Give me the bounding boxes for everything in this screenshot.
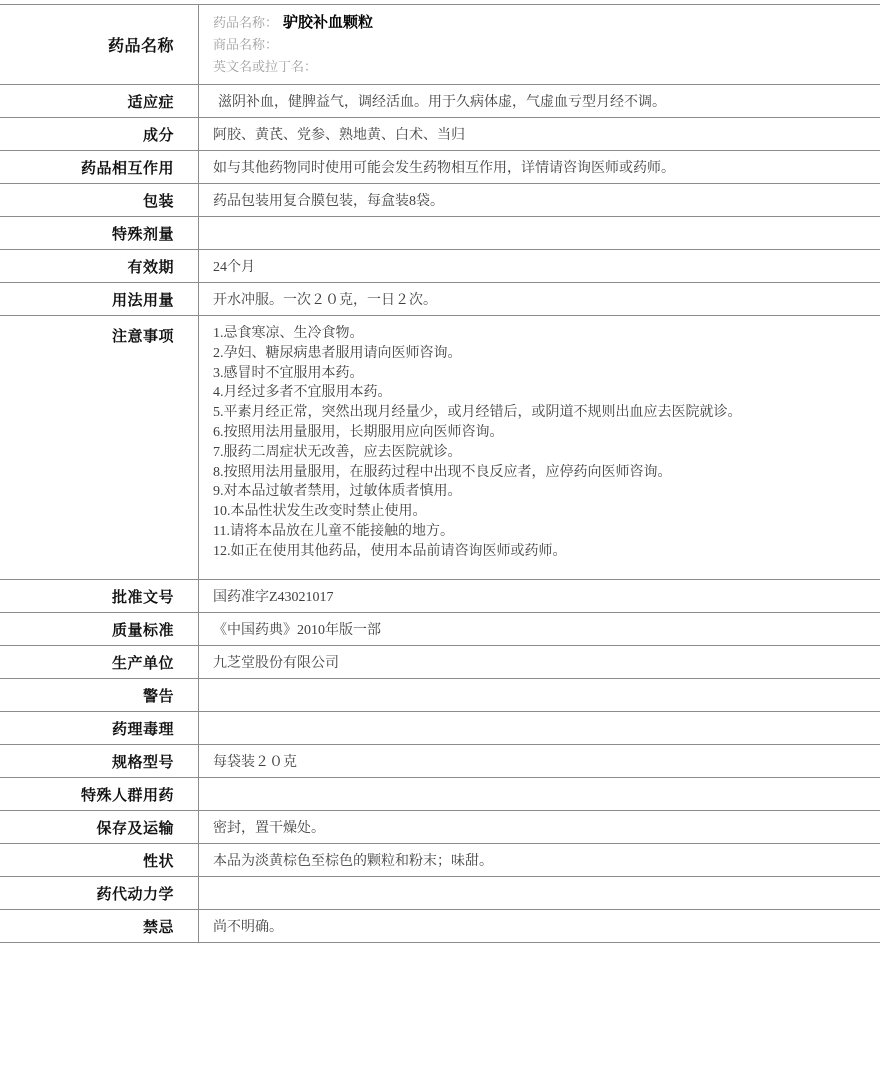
precaution-item: 10.本品性状发生改变时禁止使用。: [213, 502, 880, 522]
row-precautions: 注意事项 1.忌食寒凉、生冷食物。 2.孕妇、糖尿病患者服用请向医师咨询。 3.…: [0, 316, 880, 580]
row-ingredients: 成分 阿胶、黄芪、党参、熟地黄、白术、当归: [0, 118, 880, 151]
row-label: 有效期: [0, 250, 199, 282]
row-value: 本品为淡黄棕色至棕色的颗粒和粉末；味甜。: [199, 844, 880, 876]
row-value: 如与其他药物同时使用可能会发生药物相互作用，详情请咨询医师或药师。: [199, 151, 880, 183]
row-label: 禁忌: [0, 910, 199, 942]
row-packaging: 包装 药品包装用复合膜包装，每盒装8袋。: [0, 184, 880, 217]
precaution-item: 9.对本品过敏者禁用，过敏体质者慎用。: [213, 482, 880, 502]
generic-name-value: 驴胶补血颗粒: [283, 15, 373, 31]
precaution-item: 12.如正在使用其他药品，使用本品前请咨询医师或药师。: [213, 542, 880, 562]
row-pharmacokinetics: 药代动力学: [0, 877, 880, 910]
row-label: 注意事项: [0, 316, 199, 579]
row-storage-transport: 保存及运输 密封，置干燥处。: [0, 811, 880, 844]
row-label: 成分: [0, 118, 199, 150]
row-special-dosage: 特殊剂量: [0, 217, 880, 250]
row-value: [199, 712, 880, 744]
row-value: 开水冲服。一次２０克，一日２次。: [199, 283, 880, 315]
row-value: [199, 679, 880, 711]
row-special-populations: 特殊人群用药: [0, 778, 880, 811]
generic-name-label: 药品名称：: [213, 15, 278, 30]
row-label: 药品名称: [0, 5, 199, 84]
row-dosage-usage: 用法用量 开水冲服。一次２０克，一日２次。: [0, 283, 880, 316]
row-value: 国药准字Z43021017: [199, 580, 880, 612]
row-label: 用法用量: [0, 283, 199, 315]
row-value: 每袋装２０克: [199, 745, 880, 777]
precaution-item: 1.忌食寒凉、生冷食物。: [213, 324, 880, 344]
row-label: 药品相互作用: [0, 151, 199, 183]
generic-name-line: 药品名称：驴胶补血颗粒: [213, 12, 880, 34]
row-value: 滋阴补血，健脾益气，调经活血。用于久病体虚，气虚血亏型月经不调。: [199, 85, 880, 117]
row-label: 包装: [0, 184, 199, 216]
row-contraindications: 禁忌 尚不明确。: [0, 910, 880, 943]
row-value: [199, 778, 880, 810]
row-quality-standard: 质量标准 《中国药典》2010年版一部: [0, 613, 880, 646]
row-label: 性状: [0, 844, 199, 876]
row-indications: 适应症 滋阴补血，健脾益气，调经活血。用于久病体虚，气虚血亏型月经不调。: [0, 85, 880, 118]
row-label: 特殊剂量: [0, 217, 199, 249]
trade-name-label: 商品名称：: [213, 34, 880, 56]
row-warning: 警告: [0, 679, 880, 712]
page: { "colors": { "border": "#8c8c8c", "mute…: [0, 0, 880, 1070]
row-shelf-life: 有效期 24个月: [0, 250, 880, 283]
row-value: 24个月: [199, 250, 880, 282]
precaution-item: 2.孕妇、糖尿病患者服用请向医师咨询。: [213, 344, 880, 364]
row-label: 生产单位: [0, 646, 199, 678]
row-value: 《中国药典》2010年版一部: [199, 613, 880, 645]
row-label: 特殊人群用药: [0, 778, 199, 810]
row-approval-number: 批准文号 国药准字Z43021017: [0, 580, 880, 613]
row-label: 药理毒理: [0, 712, 199, 744]
precaution-item: 6.按照用法用量服用，长期服用应向医师咨询。: [213, 423, 880, 443]
precaution-item: 3.感冒时不宜服用本药。: [213, 364, 880, 384]
row-value: 1.忌食寒凉、生冷食物。 2.孕妇、糖尿病患者服用请向医师咨询。 3.感冒时不宜…: [199, 316, 880, 579]
row-value: 密封，置干燥处。: [199, 811, 880, 843]
row-description: 性状 本品为淡黄棕色至棕色的颗粒和粉末；味甜。: [0, 844, 880, 877]
precaution-item: 5.平素月经正常，突然出现月经量少，或月经错后，或阴道不规则出血应去医院就诊。: [213, 403, 880, 423]
precaution-item: 8.按照用法用量服用，在服药过程中出现不良反应者，应停药向医师咨询。: [213, 463, 880, 483]
drug-info-table: 药品名称 药品名称：驴胶补血颗粒 商品名称： 英文名或拉丁名： 适应症 滋阴补血…: [0, 4, 880, 943]
row-value: [199, 217, 880, 249]
row-value: [199, 877, 880, 909]
row-pharmacology-toxicology: 药理毒理: [0, 712, 880, 745]
row-label: 质量标准: [0, 613, 199, 645]
row-value: 九芝堂股份有限公司: [199, 646, 880, 678]
row-value: 药品包装用复合膜包装，每盒装8袋。: [199, 184, 880, 216]
row-label: 适应症: [0, 85, 199, 117]
row-label: 规格型号: [0, 745, 199, 777]
row-value: 阿胶、黄芪、党参、熟地黄、白术、当归: [199, 118, 880, 150]
row-label: 保存及运输: [0, 811, 199, 843]
precaution-item: 4.月经过多者不宜服用本药。: [213, 383, 880, 403]
precaution-item: 7.服药二周症状无改善，应去医院就诊。: [213, 443, 880, 463]
precaution-item: 11.请将本品放在儿童不能接触的地方。: [213, 522, 880, 542]
row-value: 药品名称：驴胶补血颗粒 商品名称： 英文名或拉丁名：: [199, 5, 880, 84]
row-label: 批准文号: [0, 580, 199, 612]
row-specification: 规格型号 每袋装２０克: [0, 745, 880, 778]
row-label: 药代动力学: [0, 877, 199, 909]
row-drug-interactions: 药品相互作用 如与其他药物同时使用可能会发生药物相互作用，详情请咨询医师或药师。: [0, 151, 880, 184]
row-drug-name: 药品名称 药品名称：驴胶补血颗粒 商品名称： 英文名或拉丁名：: [0, 5, 880, 85]
row-manufacturer: 生产单位 九芝堂股份有限公司: [0, 646, 880, 679]
latin-name-label: 英文名或拉丁名：: [213, 56, 880, 78]
row-value: 尚不明确。: [199, 910, 880, 942]
row-label: 警告: [0, 679, 199, 711]
